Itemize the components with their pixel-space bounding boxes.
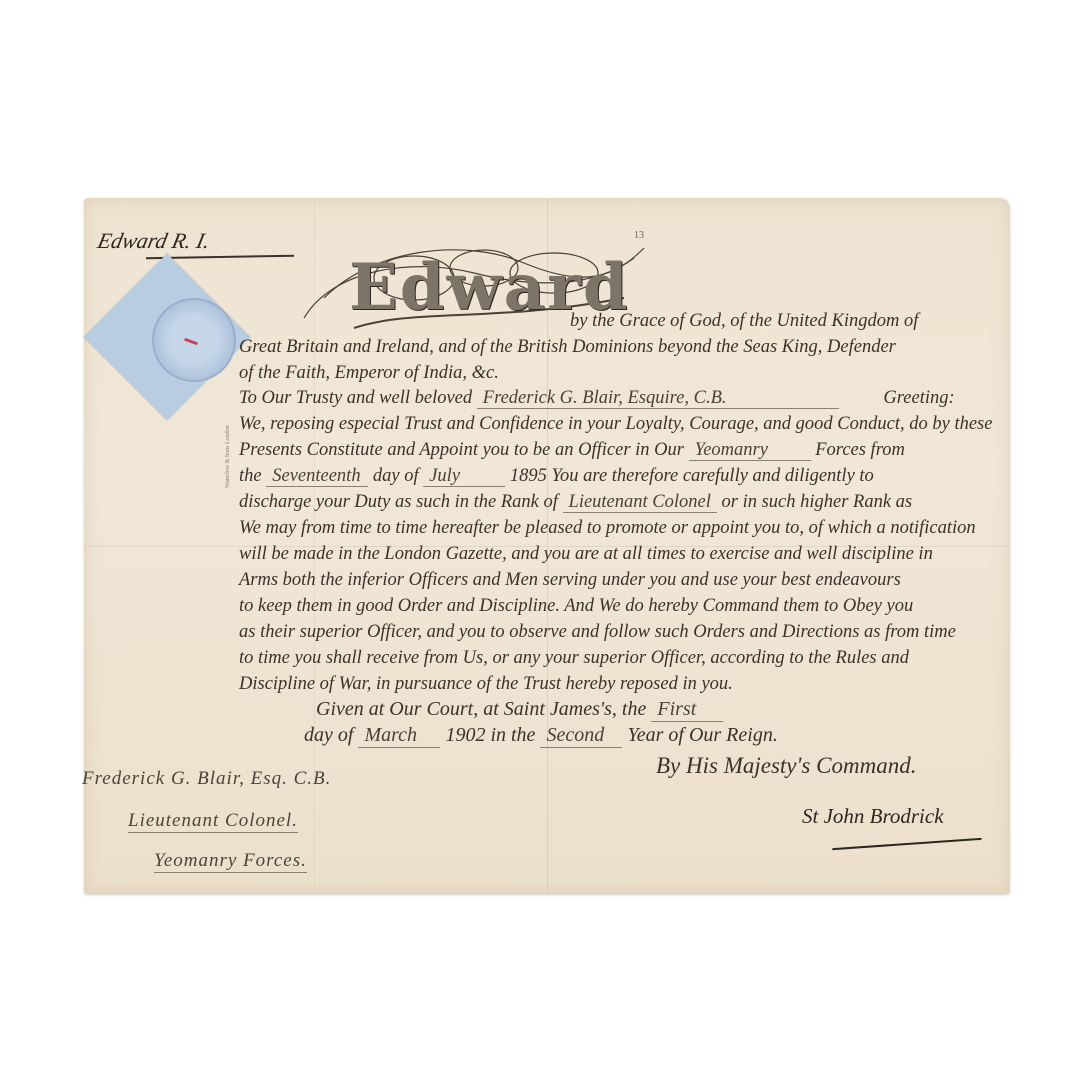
docket-line-1: Frederick G. Blair, Esq. C.B.	[82, 768, 331, 790]
address-line: To Our Trusty and well beloved Frederick…	[239, 389, 955, 409]
countersignature-underline	[832, 838, 982, 850]
command-line: By His Majesty's Command.	[656, 753, 916, 779]
body-line-1: We, reposing especial Trust and Confiden…	[239, 415, 992, 434]
recipient-name: Frederick G. Blair, Esquire, C.B.	[477, 389, 839, 409]
royal-sign-manual: Edward R. I.	[95, 228, 212, 254]
commission-document: Edward R. I. 13 Edward by the Grace of G…	[84, 198, 1010, 894]
body-line-4: discharge your Duty as such in the Rank …	[239, 493, 912, 513]
body-line-5: We may from time to time hereafter be pl…	[239, 519, 976, 538]
body-line-3: the Seventeenth day of July 1895 You are…	[239, 467, 874, 487]
given-month: March	[358, 724, 440, 748]
body-line-9: as their superior Officer, and you to ob…	[239, 623, 956, 642]
regnal-year: Second	[540, 724, 622, 748]
rank-name: Lieutenant Colonel	[563, 493, 717, 513]
given-day: First	[651, 698, 723, 722]
commission-month: July	[423, 467, 505, 487]
body-line-10: to time you shall receive from Us, or an…	[239, 649, 909, 668]
given-line-2: day of March 1902 in the Second Year of …	[304, 724, 778, 748]
body-line-6: will be made in the London Gazette, and …	[239, 545, 933, 564]
commission-day: Seventeenth	[266, 467, 368, 487]
commission-year: 1895	[510, 466, 547, 486]
body-line-2: Presents Constitute and Appoint you to b…	[239, 441, 905, 461]
printer-imprint: Waterlow & Sons London	[225, 425, 231, 488]
preamble-line-1: by the Grace of God, of the United Kingd…	[570, 312, 918, 331]
given-year: 1902	[445, 724, 485, 746]
force-name: Yeomanry	[689, 441, 811, 461]
preamble-line-2: Great Britain and Ireland, and of the Br…	[239, 338, 896, 357]
body-line-8: to keep them in good Order and Disciplin…	[239, 597, 913, 616]
preamble-line-3: of the Faith, Emperor of India, &c.	[239, 364, 499, 383]
body-line-11: Discipline of War, in pursuance of the T…	[239, 675, 733, 694]
docket-line-3: Yeomanry Forces.	[154, 850, 307, 873]
docket-line-2: Lieutenant Colonel.	[128, 810, 298, 833]
body-line-7: Arms both the inferior Officers and Men …	[239, 571, 901, 590]
countersignature: St John Brodrick	[802, 804, 944, 829]
given-line-1: Given at Our Court, at Saint James's, th…	[316, 698, 723, 722]
